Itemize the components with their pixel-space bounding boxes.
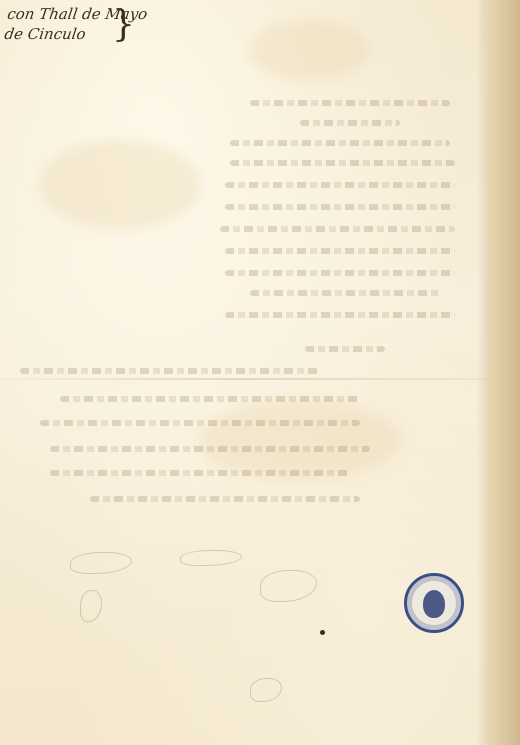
bleed-through-line xyxy=(50,470,350,476)
ink-blot xyxy=(320,630,325,635)
bleed-through-line xyxy=(230,160,455,166)
bleed-through-line xyxy=(230,140,450,146)
paper-stain xyxy=(250,20,370,80)
faint-signature xyxy=(260,570,317,602)
faint-signature xyxy=(70,552,132,574)
faint-signature xyxy=(250,678,282,702)
docket-brace: } xyxy=(112,6,135,44)
bleed-through-line xyxy=(225,312,455,318)
binding-shadow xyxy=(476,0,486,745)
paper-stain xyxy=(200,400,400,480)
bleed-through-line xyxy=(225,182,455,188)
library-seal xyxy=(404,573,464,633)
bleed-through-line xyxy=(225,270,455,276)
bleed-through-line xyxy=(300,120,400,126)
document-page: con Thall de Mayo de Cinculo } xyxy=(0,0,520,745)
faint-signature xyxy=(80,590,102,622)
bleed-through-line xyxy=(90,496,360,502)
bleed-through-line xyxy=(250,100,450,106)
bleed-through-line xyxy=(220,226,455,232)
bleed-through-line xyxy=(60,396,360,402)
bleed-through-line xyxy=(20,368,320,374)
bleed-through-line xyxy=(225,248,455,254)
paper-stain xyxy=(40,140,200,230)
page-fold xyxy=(0,378,486,380)
bleed-through-line xyxy=(40,420,360,426)
faint-signature xyxy=(180,550,242,566)
bleed-through-line xyxy=(305,346,385,352)
bleed-through-line xyxy=(50,446,370,452)
bleed-through-line xyxy=(225,204,455,210)
bleed-through-line xyxy=(250,290,440,296)
binding-edge xyxy=(486,0,520,745)
